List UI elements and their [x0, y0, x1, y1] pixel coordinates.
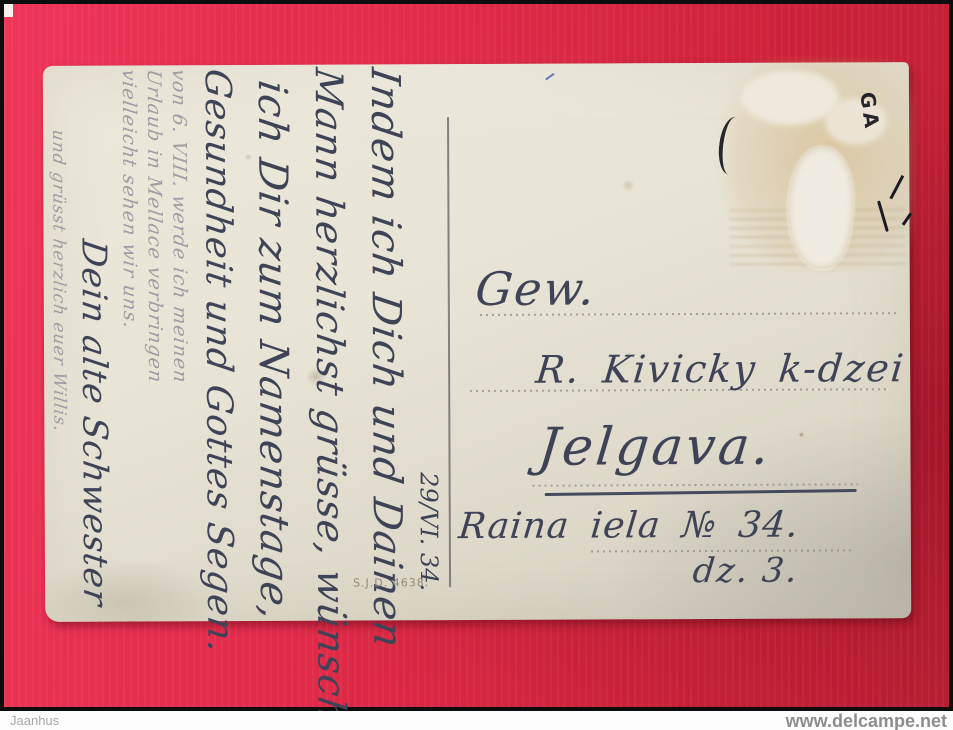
message-line-pencil: von 6. VIII. werde ich meinen	[166, 68, 193, 616]
red-background: GA Indem ich Dich und Dainen Mann herzli…	[0, 0, 953, 711]
address-salutation: Gew.	[473, 261, 599, 316]
scan-edge-notch	[4, 4, 13, 17]
seller-watermark: Jaanhus	[10, 713, 59, 728]
message-line-pencil: vielleicht sehen wir uns.	[116, 68, 143, 616]
address-recipient: R. Kivicky k-dzei	[534, 346, 907, 392]
photo-of-postcard: GA Indem ich Dich und Dainen Mann herzli…	[0, 0, 953, 730]
address-apartment: dz. 3.	[691, 551, 801, 591]
message-line-pencil: Urlaub in Mellace verbringen	[141, 68, 168, 616]
printer-code: S.J.D. 4638.	[353, 576, 429, 589]
address-street: Raina iela № 34.	[457, 505, 801, 548]
torn-paper-patch	[741, 70, 839, 124]
message-line: Gesundheit und Gottes Segen.	[191, 66, 245, 618]
message-line: ich Dir zum Namenstage,	[243, 65, 303, 618]
pen-mark	[545, 73, 554, 80]
handwritten-message: Indem ich Dich und Dainen Mann herzlichs…	[46, 68, 415, 615]
watermark-strip: Jaanhus www.delcampe.net	[0, 711, 953, 730]
postcard-back: GA Indem ich Dich und Dainen Mann herzli…	[43, 62, 911, 622]
city-ink-underline	[545, 489, 857, 496]
message-line: Mann herzlichst grüsse, wünsch	[301, 65, 359, 618]
address-dotted-line	[533, 483, 858, 486]
address-divider-line	[447, 117, 451, 587]
delcampe-watermark: www.delcampe.net	[786, 711, 947, 730]
message-signature: Dein alte Schwester	[70, 67, 118, 618]
message-postscript: und grüsst herzlich euer Willis.	[46, 68, 72, 616]
address-city: Jelgava.	[535, 417, 774, 478]
